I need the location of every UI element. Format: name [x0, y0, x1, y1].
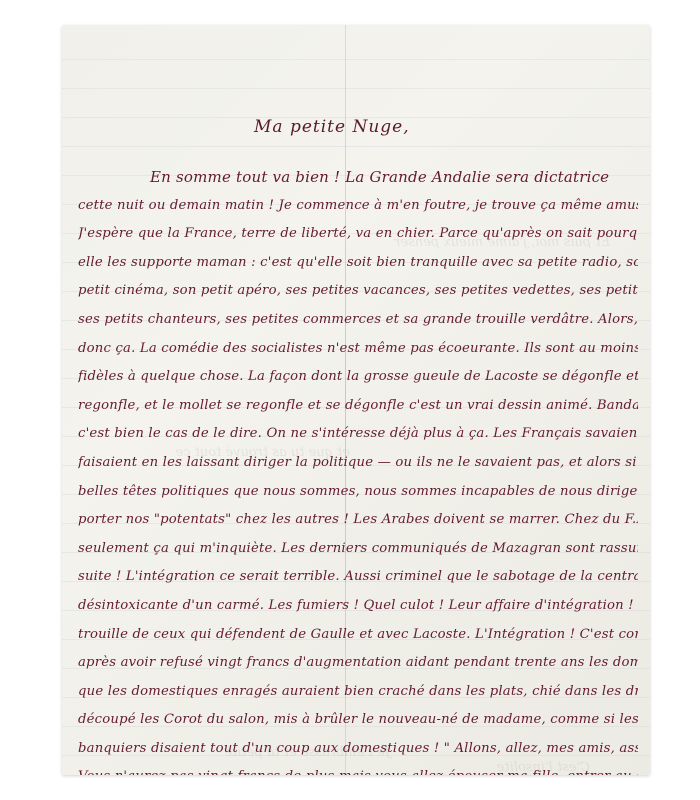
letter-salutation: Ma petite Nuge,	[254, 117, 410, 137]
letter-line: suite ! L'intégration ce serait terrible…	[78, 563, 638, 592]
letter-line: cette nuit ou demain matin ! Je commence…	[78, 192, 638, 221]
letter-line: belles têtes politiques que nous sommes,…	[78, 478, 638, 507]
letter-body: En somme tout va bien ! La Grande Andali…	[78, 163, 638, 775]
letter-line: regonfle, et le mollet se regonfle et se…	[78, 392, 638, 421]
letter-line: elle les supporte maman : c'est qu'elle …	[78, 249, 638, 278]
letter-line: porter nos "potentats" chez les autres !…	[78, 506, 638, 535]
letter-line: donc ça. La comédie des socialistes n'es…	[78, 335, 638, 364]
letter-line: que les domestiques enragés auraient bie…	[78, 678, 638, 707]
letter-line: petit cinéma, son petit apéro, ses petit…	[78, 277, 638, 306]
letter-line: ses petits chanteurs, ses petites commer…	[78, 306, 638, 335]
letter-line: banquiers disaient tout d'un coup aux do…	[78, 735, 638, 764]
letter-line: En somme tout va bien ! La Grande Andali…	[78, 163, 638, 192]
letter-line: J'espère que la France, terre de liberté…	[78, 220, 638, 249]
letter-line: c'est bien le cas de le dire. On ne s'in…	[78, 420, 638, 449]
letter-line: découpé les Corot du salon, mis à brûler…	[78, 706, 638, 735]
letter-line: désintoxicante d'un carmé. Les fumiers !…	[78, 592, 638, 621]
letter-line: après avoir refusé vingt francs d'augmen…	[78, 649, 638, 678]
letter-line: fidèles à quelque chose. La façon dont l…	[78, 363, 638, 392]
letter-sheet: Et puis moi, j'aime mieux penser et que …	[62, 25, 650, 775]
photo-background: Et puis moi, j'aime mieux penser et que …	[0, 0, 700, 800]
letter-line: trouille de ceux qui défendent de Gaulle…	[78, 621, 638, 650]
letter-line: Vous n'aurez pas vingt francs de plus ma…	[78, 763, 638, 775]
letter-line: seulement ça qui m'inquiète. Les dernier…	[78, 535, 638, 564]
letter-line: faisaient en les laissant diriger la pol…	[78, 449, 638, 478]
